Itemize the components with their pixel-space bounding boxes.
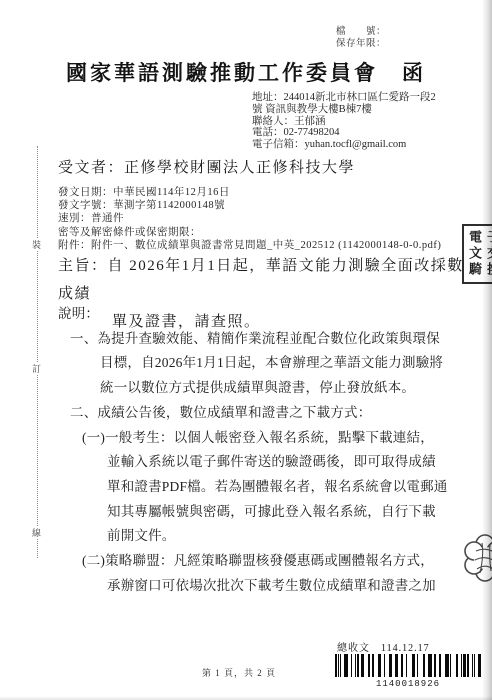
issue-date-line: 發文日期：中華民國114年12月16日 — [58, 186, 441, 199]
barcode-number: 1140018926 — [335, 679, 481, 689]
stamp-column: 電文騎 — [467, 230, 482, 278]
archive-header: 檔 號： 保存年限： — [336, 27, 386, 50]
sender-info-block: 地址：244014新北市林口區仁愛路一段2 號 資訊與教學大樓B棟7樓 聯絡人：… — [252, 92, 436, 151]
page-number-footer: 第 1 頁，共 2 頁 — [202, 666, 276, 679]
sender-address-line1: 地址：244014新北市林口區仁愛路一段2 — [252, 92, 436, 104]
document-title: 國家華語測驗推動工作委員會 函 — [0, 57, 492, 87]
retention-period-label: 保存年限： — [336, 39, 386, 51]
subject-line: 主旨：自 2026年1月1日起，華語文能力測驗全面改採數位成績 — [58, 252, 492, 308]
binding-mark: 訂 — [32, 363, 41, 375]
speed-class-line: 速別：普通件 — [58, 212, 441, 225]
document-body-line: 二、成績公告後，數位成績單和證書之下載方式： — [70, 401, 448, 426]
document-body-line: 單和證書PDF檔。若為團體報名者，報名系統會以電郵通 — [107, 475, 448, 500]
binding-mark: 線 — [32, 527, 41, 539]
file-number-label: 檔 號： — [336, 27, 386, 39]
document-body-line: 前開文件。 — [107, 524, 448, 549]
document-body-line: 並輸入系統以電子郵件寄送的驗證碼後，即可取得成績 — [107, 450, 448, 475]
document-body-line: 承辦窗口可依場次批次下載考生數位成績單和證書之加 — [107, 574, 448, 599]
issue-number-line: 發文字號：華測字第1142000148號 — [58, 199, 441, 212]
recipient-line: 受文者：正修學校財團法人正修科技大學 — [58, 156, 355, 177]
sender-contact-person: 聯絡人：王郁涵 — [252, 116, 436, 128]
sender-address-line2: 號 資訊與教學大樓B棟7樓 — [252, 104, 436, 116]
document-body-line: 目標，自2026年1月1日起，本會辦理之華語文能力測驗將 — [100, 351, 448, 376]
description-block: 說明：一、為提升查驗效能、精簡作業流程並配合數位化政策與環保目標，自2026年1… — [58, 302, 448, 598]
electronic-exchange-stamp: 電文騎子交換 — [462, 224, 492, 284]
binding-line: 裝訂線 — [37, 146, 38, 558]
binding-mark: 裝 — [32, 239, 41, 251]
document-body-line: 一、為提升查驗效能、精簡作業流程並配合數位化政策與環保 — [70, 327, 448, 352]
scan-edge-shadow-bottom — [0, 696, 492, 700]
sender-phone: 電話：02-77498204 — [252, 127, 436, 139]
scanned-official-letter: 檔 號： 保存年限： 國家華語測驗推動工作委員會 函 地址：244014新北市林… — [0, 0, 492, 700]
document-body-line: 知其專屬帳號與密碼，可據此登入報名系統，自行下載 — [107, 500, 448, 525]
scan-edge-shadow-right — [482, 0, 492, 700]
document-meta-block: 發文日期：中華民國114年12月16日 發文字號：華測字第1142000148號… — [58, 186, 441, 252]
barcode — [335, 654, 481, 677]
received-stamp: 總收文 114.12.17 — [337, 639, 430, 654]
confidentiality-line: 密等及解密條件或保密期限： — [58, 226, 441, 239]
flower-seal-icon — [462, 529, 492, 587]
document-body-line: 說明： — [58, 302, 448, 327]
document-body-line: (一)一般考生：以個人帳密登入報名系統，點擊下載連結， — [82, 426, 448, 451]
stamp-column: 子交換 — [485, 230, 492, 278]
sender-email: 電子信箱：yuhan.tocfl@gmail.com — [252, 139, 436, 151]
attachment-line: 附件：附件一、數位成績單與證書常見問題_中英_202512 (114200014… — [58, 239, 441, 252]
document-body-line: (二)策略聯盟：凡經策略聯盟核發優惠碼或團體報名方式， — [82, 549, 448, 574]
document-body-line: 統一以數位方式提供成績單與證書，停止發放紙本。 — [100, 376, 448, 401]
